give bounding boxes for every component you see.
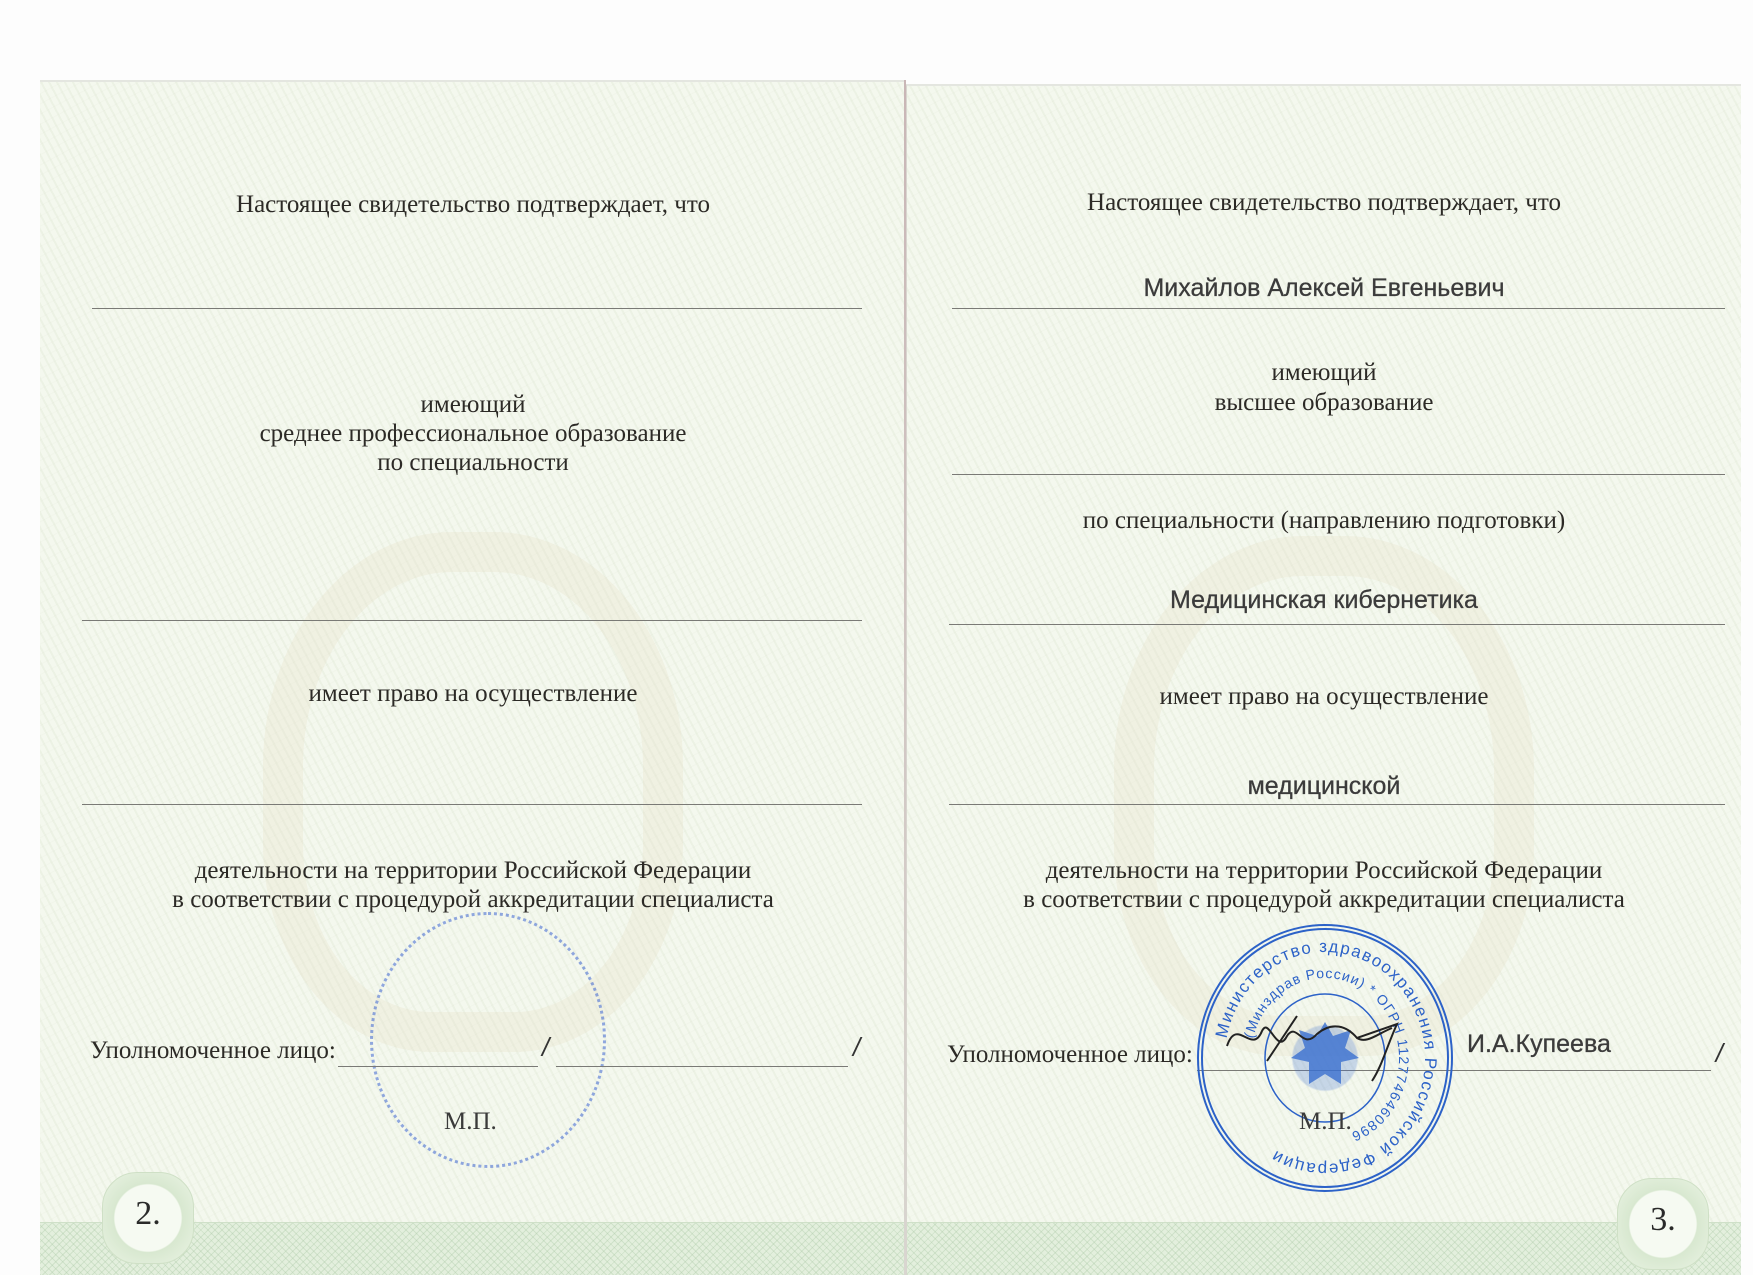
right-territory-line-2: в соответствии с процедурой аккредитации… [907,885,1741,915]
right-specialty-line [949,624,1725,625]
left-specialty-line [82,620,862,621]
recipient-name: Михайлов Алексей Евгеньевич [907,274,1741,303]
left-edu-line-3: по специальности [40,448,906,478]
right-bottom-band [907,1222,1741,1275]
left-heading: Настоящее свидетельство подтверждает, чт… [40,190,906,220]
left-signature-line [338,1066,538,1067]
right-education-line [952,474,1725,475]
left-signatory-label: Уполномоченное лицо: [90,1037,336,1065]
right-signatory-label: Уполномоченное лицо: [947,1041,1193,1069]
left-edu-line-2: среднее профессиональное образование [40,419,906,449]
left-page-number-badge: 2. [102,1172,194,1264]
left-territory-line-1: деятельности на территории Российской Фе… [40,856,906,886]
left-seal-label: М.П. [444,1108,497,1136]
signatory-name: И.А.Купеева [1467,1030,1651,1059]
specialty-value: Медицинская кибернетика [907,586,1741,615]
right-seal-label: М.П. [1299,1108,1352,1136]
left-name-line [92,308,862,309]
left-right-text: имеет право на осуществление [40,679,906,709]
right-edu-line-2: высшее образование [907,388,1741,418]
handwritten-signature [1207,986,1437,1096]
right-page-number-badge: 3. [1617,1178,1709,1270]
right-slash: / [1716,1038,1723,1069]
right-name-line [952,308,1725,309]
left-edu-line-1: имеющий [40,390,906,420]
right-territory-line-1: деятельности на территории Российской Фе… [907,856,1741,886]
left-page-number: 2. [103,1195,193,1233]
right-page-number: 3. [1618,1201,1708,1239]
activity-value: медицинской [907,772,1741,801]
right-activity-line [949,804,1725,805]
right-specialty-label: по специальности (направлению подготовки… [907,506,1741,536]
right-edu-line-1: имеющий [907,358,1741,388]
left-name-sign-line [556,1066,848,1067]
left-territory-line-2: в соответствии с процедурой аккредитации… [40,885,906,915]
left-slash-2: / [853,1032,860,1063]
left-slash-1: / [542,1032,549,1063]
right-right-text: имеет право на осуществление [907,682,1741,712]
right-heading: Настоящее свидетельство подтверждает, чт… [907,188,1741,218]
right-page: Настоящее свидетельство подтверждает, чт… [906,84,1741,1275]
left-activity-line [82,804,862,805]
left-page: Настоящее свидетельство подтверждает, чт… [40,80,906,1275]
